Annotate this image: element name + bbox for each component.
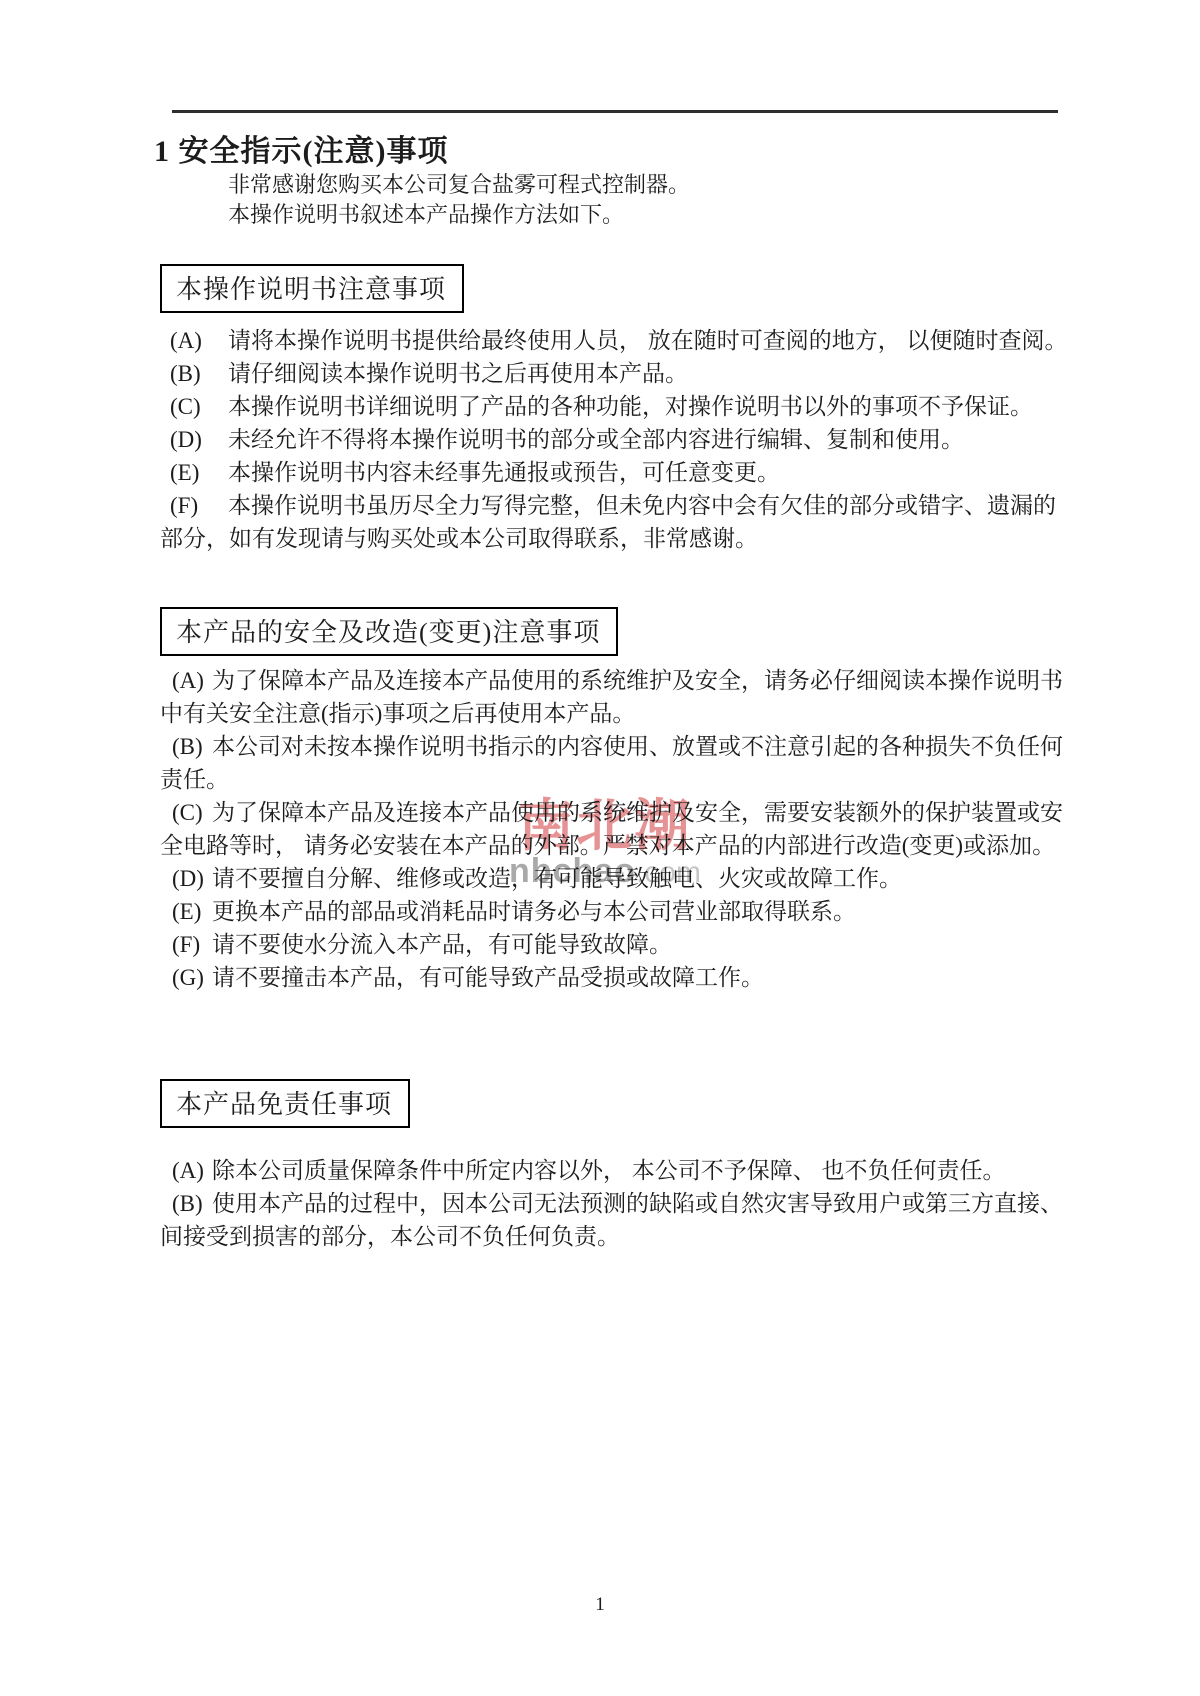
section-heading-box: 本产品免责任事项 xyxy=(160,1079,410,1128)
item-text: 未经允许不得将本操作说明书的部分或全部内容进行编辑、复制和使用。 xyxy=(228,427,964,452)
list-item: (B)本公司对未按本操作说明书指示的内容使用、放置或不注意引起的各种损失不负任何… xyxy=(160,730,1072,796)
list-item: (A)为了保障本产品及连接本产品使用的系统维护及安全，请务必仔细阅读本操作说明书… xyxy=(160,664,1072,730)
item-label: (B) xyxy=(160,730,212,763)
list-item: (D)请不要擅自分解、维修或改造，有可能导致触电、火灾或故障工作。 xyxy=(160,862,1072,895)
list-item: (E)更换本产品的部品或消耗品时请务必与本公司营业部取得联系。 xyxy=(160,895,1072,928)
list-item: (B)使用本产品的过程中，因本公司无法预测的缺陷或自然灾害导致用户或第三方直接、… xyxy=(160,1187,1072,1253)
list-item: (D)未经允许不得将本操作说明书的部分或全部内容进行编辑、复制和使用。 xyxy=(160,423,1072,456)
list-item: (A)请将本操作说明书提供给最终使用人员， 放在随时可查阅的地方， 以便随时查阅… xyxy=(160,324,1072,357)
item-label: (F) xyxy=(160,489,228,522)
list-item: (G)请不要撞击本产品，有可能导致产品受损或故障工作。 xyxy=(160,961,1072,994)
item-text: 更换本产品的部品或消耗品时请务必与本公司营业部取得联系。 xyxy=(212,899,856,924)
intro-line: 本操作说明书叙述本产品操作方法如下。 xyxy=(228,200,690,230)
list-item: (E)本操作说明书内容未经事先通报或预告，可任意变更。 xyxy=(160,456,1072,489)
item-text: 请不要擅自分解、维修或改造，有可能导致触电、火灾或故障工作。 xyxy=(212,866,902,891)
item-label: (G) xyxy=(160,961,212,994)
item-text: 本公司对未按本操作说明书指示的内容使用、放置或不注意引起的各种损失不负任何责任。 xyxy=(160,734,1063,792)
item-text: 请不要撞击本产品，有可能导致产品受损或故障工作。 xyxy=(212,965,764,990)
item-text: 请不要使水分流入本产品，有可能导致故障。 xyxy=(212,932,672,957)
list-item: (C)本操作说明书详细说明了产品的各种功能，对操作说明书以外的事项不予保证。 xyxy=(160,390,1072,423)
item-text: 使用本产品的过程中，因本公司无法预测的缺陷或自然灾害导致用户或第三方直接、间接受… xyxy=(160,1191,1063,1249)
document-page: 1 安全指示(注意)事项 非常感谢您购买本公司复合盐雾可程式控制器。 本操作说明… xyxy=(0,0,1200,1696)
page-number: 1 xyxy=(0,1594,1200,1616)
section-heading-box: 本产品的安全及改造(变更)注意事项 xyxy=(160,607,618,656)
section-heading-box: 本操作说明书注意事项 xyxy=(160,264,464,313)
section-heading: 本产品的安全及改造(变更)注意事项 xyxy=(176,618,600,647)
item-label: (C) xyxy=(160,390,228,423)
item-label: (A) xyxy=(160,664,212,697)
section-heading: 本产品免责任事项 xyxy=(176,1090,392,1119)
item-label: (D) xyxy=(160,423,228,456)
notice-list: (A)请将本操作说明书提供给最终使用人员， 放在随时可查阅的地方， 以便随时查阅… xyxy=(160,324,1072,555)
item-text: 请仔细阅读本操作说明书之后再使用本产品。 xyxy=(228,361,688,386)
page-title: 1 安全指示(注意)事项 xyxy=(154,126,448,170)
item-text: 本操作说明书详细说明了产品的各种功能，对操作说明书以外的事项不予保证。 xyxy=(228,394,1033,419)
list-item: (F)请不要使水分流入本产品，有可能导致故障。 xyxy=(160,928,1072,961)
item-text: 本操作说明书虽历尽全力写得完整，但未免内容中会有欠佳的部分或错字、遗漏的部分，如… xyxy=(160,493,1056,551)
item-text: 除本公司质量保障条件中所定内容以外， 本公司不予保障、 也不负任何责任。 xyxy=(212,1158,1006,1183)
list-item: (F)本操作说明书虽历尽全力写得完整，但未免内容中会有欠佳的部分或错字、遗漏的部… xyxy=(160,489,1072,555)
item-text: 为了保障本产品及连接本产品使用的系统维护及安全，请务必仔细阅读本操作说明书中有关… xyxy=(160,668,1063,726)
list-item: (B)请仔细阅读本操作说明书之后再使用本产品。 xyxy=(160,357,1072,390)
item-text: 为了保障本产品及连接本产品使用的系统维护及安全，需要安装额外的保护装置或安全电路… xyxy=(160,800,1063,858)
notice-list: (A)为了保障本产品及连接本产品使用的系统维护及安全，请务必仔细阅读本操作说明书… xyxy=(160,664,1072,994)
list-item: (A)除本公司质量保障条件中所定内容以外， 本公司不予保障、 也不负任何责任。 xyxy=(160,1154,1072,1187)
item-label: (F) xyxy=(160,928,212,961)
item-label: (C) xyxy=(160,796,212,829)
intro-line: 非常感谢您购买本公司复合盐雾可程式控制器。 xyxy=(228,170,690,200)
item-label: (D) xyxy=(160,862,212,895)
item-text: 请将本操作说明书提供给最终使用人员， 放在随时可查阅的地方， 以便随时查阅。 xyxy=(228,328,1068,353)
section-heading: 本操作说明书注意事项 xyxy=(176,275,446,304)
list-item: (C)为了保障本产品及连接本产品使用的系统维护及安全，需要安装额外的保护装置或安… xyxy=(160,796,1072,862)
item-label: (A) xyxy=(160,324,228,357)
notice-list: (A)除本公司质量保障条件中所定内容以外， 本公司不予保障、 也不负任何责任。 … xyxy=(160,1154,1072,1253)
item-label: (E) xyxy=(160,895,212,928)
intro-paragraph: 非常感谢您购买本公司复合盐雾可程式控制器。 本操作说明书叙述本产品操作方法如下。 xyxy=(228,170,690,230)
item-text: 本操作说明书内容未经事先通报或预告，可任意变更。 xyxy=(228,460,780,485)
item-label: (B) xyxy=(160,357,228,390)
item-label: (E) xyxy=(160,456,228,489)
top-rule xyxy=(172,110,1058,113)
item-label: (A) xyxy=(160,1154,212,1187)
item-label: (B) xyxy=(160,1187,212,1220)
